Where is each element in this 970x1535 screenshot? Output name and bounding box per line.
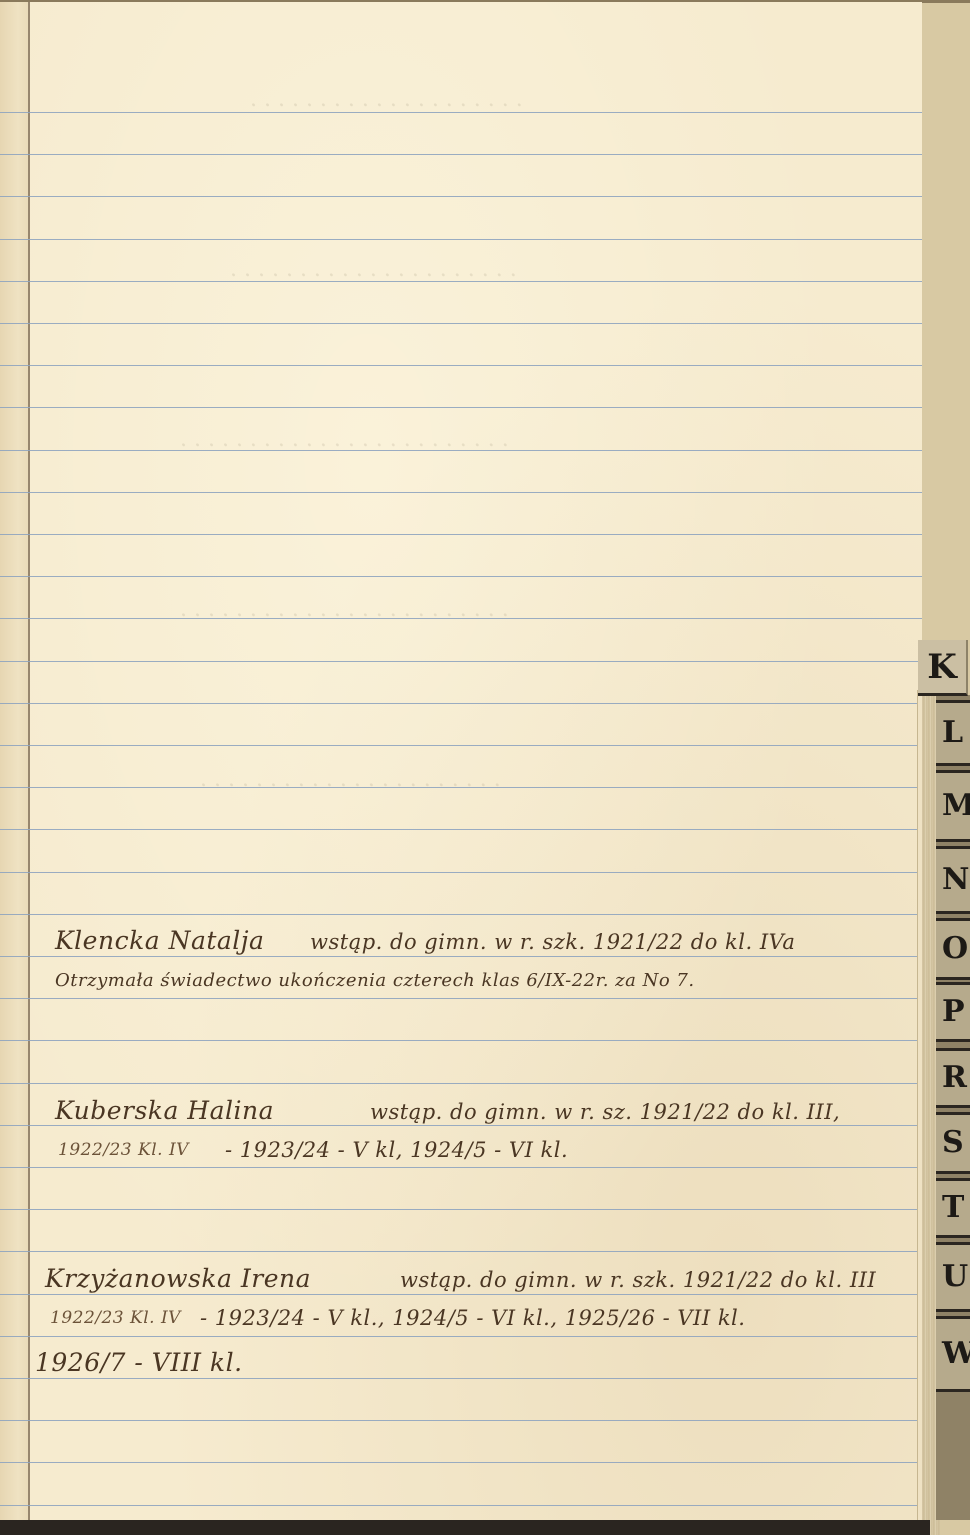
index-tab-letter: P — [942, 997, 965, 1027]
bleed-through-text: . . . . . . . . . . . . . . . . . . . . … — [180, 427, 509, 452]
index-tab-u[interactable]: U — [936, 1242, 970, 1312]
entry-certificate-text: Otrzymała świadectwo ukończenia czterech… — [55, 970, 695, 991]
ruled-line — [0, 956, 922, 957]
index-tab-letter: S — [942, 1128, 964, 1158]
index-tab-p[interactable]: P — [936, 982, 970, 1042]
entry-name: Kuberska Halina — [55, 1096, 274, 1125]
ruled-line — [0, 323, 922, 324]
ruled-line — [0, 112, 922, 113]
ruled-line — [0, 998, 922, 999]
ruled-line — [0, 914, 922, 915]
index-tab-w[interactable]: W — [936, 1316, 970, 1392]
index-tab-r[interactable]: R — [936, 1048, 970, 1108]
index-tab-current[interactable]: K — [918, 640, 968, 696]
entry-name: Krzyżanowska Irena — [45, 1264, 311, 1293]
ruled-line — [0, 407, 922, 408]
index-tab-letter: R — [942, 1063, 967, 1093]
bleed-through-text: . . . . . . . . . . . . . . . . . . . . … — [200, 767, 501, 792]
ruled-line — [0, 661, 922, 662]
ruled-line — [0, 534, 922, 535]
index-tab-letter: N — [942, 865, 969, 895]
ruled-line — [0, 1040, 922, 1041]
index-tab-letter: M — [942, 791, 970, 821]
entry-class-history-continued: 1926/7 - VIII kl. — [35, 1348, 243, 1377]
ruled-line — [0, 1462, 922, 1463]
index-tab-s[interactable]: S — [936, 1112, 970, 1174]
index-tab-letter: T — [942, 1193, 964, 1223]
index-tab-m[interactable]: M — [936, 770, 970, 842]
ruled-line — [0, 872, 922, 873]
ruled-line — [0, 1378, 922, 1379]
ruled-line — [0, 703, 922, 704]
entry-admission-text: wstąp. do gimn. w r. szk. 1921/22 do kl.… — [310, 930, 795, 954]
bleed-through-text: . . . . . . . . . . . . . . . . . . . . … — [180, 597, 509, 622]
ruled-line — [0, 1209, 922, 1210]
ruled-line — [0, 829, 922, 830]
left-margin-line — [28, 2, 30, 1520]
ruled-line — [0, 365, 922, 366]
ruled-line — [0, 1083, 922, 1084]
index-tab-letter: K — [927, 647, 957, 687]
index-tab-t[interactable]: T — [936, 1178, 970, 1238]
ruled-line — [0, 1125, 922, 1126]
index-tab-letter: U — [942, 1262, 968, 1292]
ruled-line — [0, 1294, 922, 1295]
index-tab-letter: L — [942, 718, 963, 748]
bleed-through-text: . . . . . . . . . . . . . . . . . . . . … — [230, 257, 517, 282]
ruled-line — [0, 196, 922, 197]
book-bottom-edge — [0, 1520, 930, 1535]
entry-class-history: - 1923/24 - V kl., 1924/5 - VI kl., 1925… — [200, 1306, 745, 1330]
index-tab-n[interactable]: N — [936, 846, 970, 914]
ruled-line — [0, 1420, 922, 1421]
bleed-through-text: . . . . . . . . . . . . . . . . . . . . — [250, 87, 523, 112]
notebook-page: . . . . . . . . . . . . . . . . . . . . … — [0, 2, 922, 1520]
ruled-line — [0, 154, 922, 155]
ruled-line — [0, 576, 922, 577]
ruled-line — [0, 239, 922, 240]
ruled-line — [0, 745, 922, 746]
index-tab-letter: W — [942, 1339, 970, 1369]
index-tab-letter: O — [942, 934, 968, 964]
ruled-line — [0, 1336, 922, 1337]
entry-class-history: - 1923/24 - V kl, 1924/5 - VI kl. — [225, 1138, 568, 1162]
entry-admission-text: wstąp. do gimn. w r. sz. 1921/22 do kl. … — [370, 1100, 840, 1124]
ruled-line — [0, 492, 922, 493]
ruled-line — [0, 1505, 922, 1506]
ruled-line — [0, 1251, 922, 1252]
ruled-line — [0, 1167, 922, 1168]
entry-admission-text: wstąp. do gimn. w r. szk. 1921/22 do kl.… — [400, 1268, 876, 1292]
entry-class-history-start: 1922/23 Kl. IV — [50, 1308, 181, 1328]
entry-class-history-start: 1922/23 Kl. IV — [58, 1140, 189, 1160]
index-tab-l[interactable]: L — [936, 700, 970, 766]
index-tab-o[interactable]: O — [936, 918, 970, 980]
binding-gutter — [0, 2, 30, 1520]
entry-name: Klencka Natalja — [55, 926, 264, 955]
